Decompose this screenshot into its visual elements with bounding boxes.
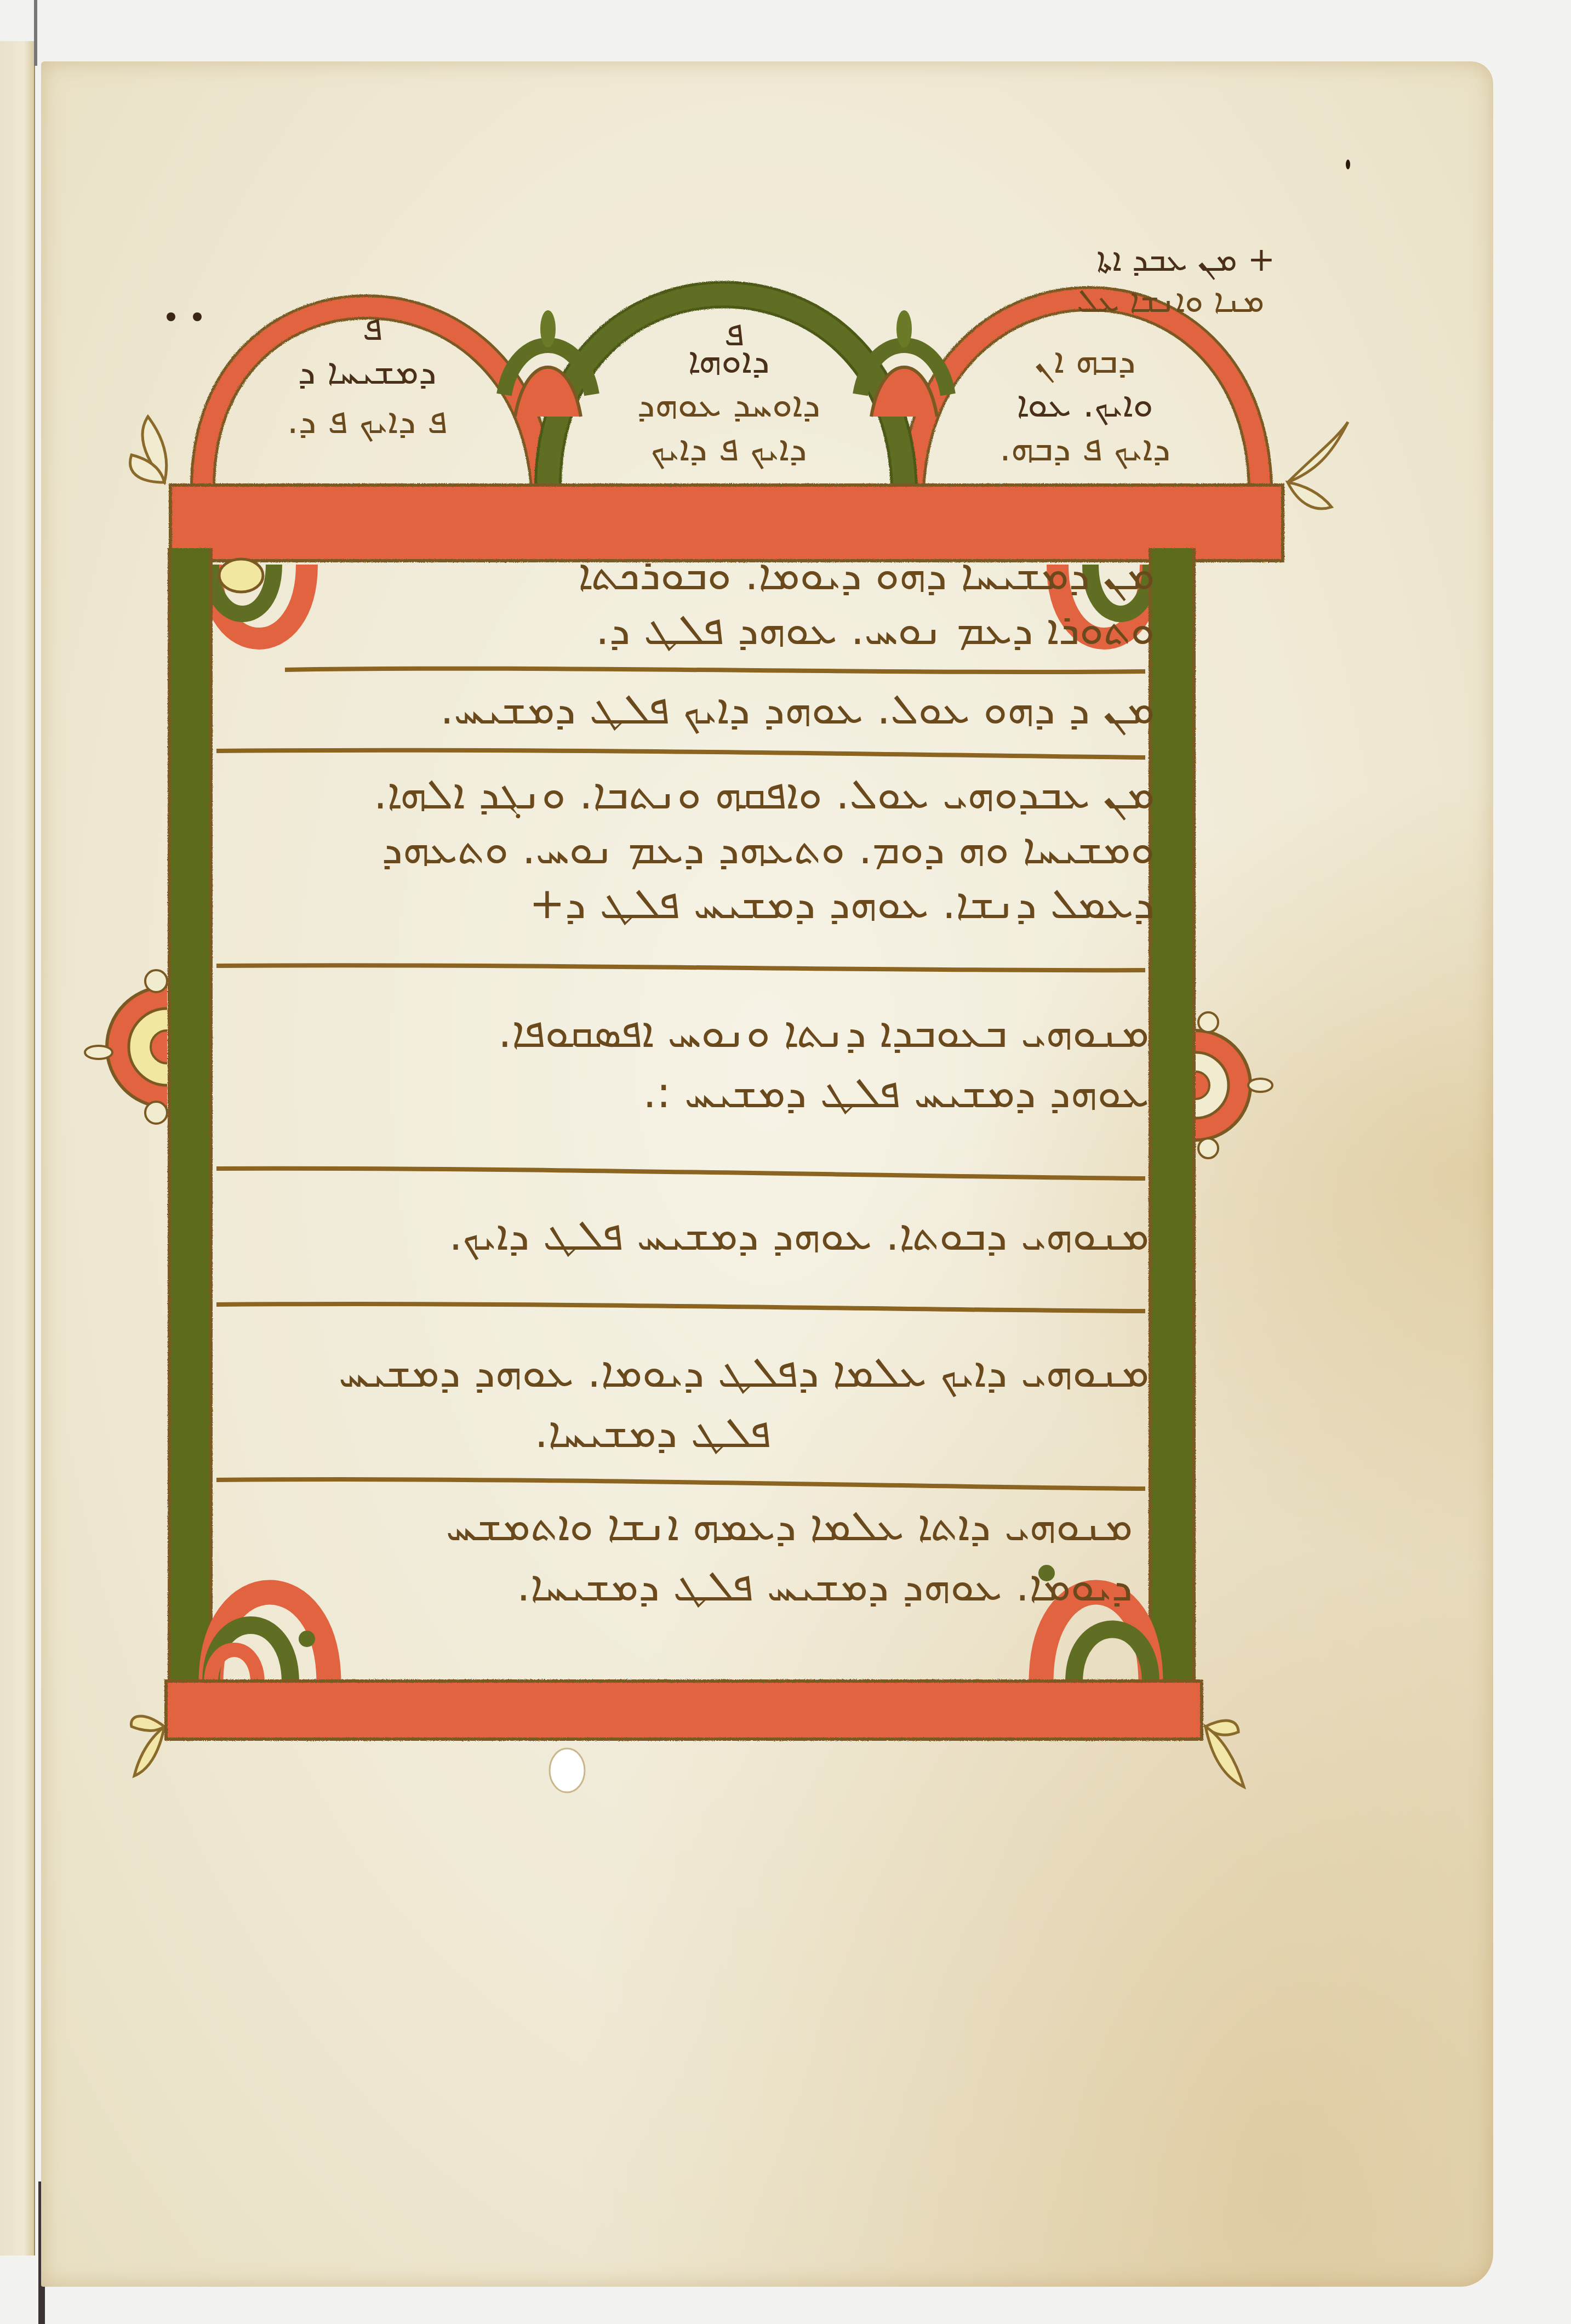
arch-right-line-2: ܘܐܝܟ. ܥܘܐ — [942, 384, 1227, 425]
row-6-line-1: ܡܢܘܗܝ ܕܐܝܟ ܥܠܡܐ ܕܦܠܛ ܕܝܘܡܐ. ܥܘܗܕ ܕܡܫܝܚ — [339, 1348, 1149, 1398]
row-1-line-1: ܡܢ ܕܡܫܝܚܐ ܕܗܘ ܕܝܘܡܐ. ܘܒܘܪܟܬܐ — [578, 551, 1155, 600]
leaf-finial-top-left — [130, 417, 167, 482]
roundel-left — [85, 970, 167, 1124]
left-column — [168, 548, 213, 1694]
corner-ornament-top-left — [211, 559, 307, 639]
spandrel-ornament-left — [504, 310, 592, 417]
arch-left-label: ܦ — [329, 307, 416, 349]
marginal-note-line-1: + ܡܢ ܥܒܕ ܐܬܐ — [1096, 241, 1275, 279]
row-4-line-2: ܥܘܗܕ ܕܡܫܝܚ ܦܠܛ ܕܡܫܝܚ :. — [643, 1069, 1149, 1118]
arch-center-line-2: ܕܐܘܚܕ ܥܘܗܕ — [581, 384, 877, 425]
row-3-line-3: ܕܥܡܠ ܕܢܫܐ. ܥܘܗܕ ܕܡܫܝܚ ܦܠܛ ܕ+ — [529, 880, 1155, 929]
right-column — [1149, 548, 1196, 1694]
leaf-finial-bottom-right — [1206, 1721, 1244, 1787]
arch-center-line-1: ܕܐܘܗܐ — [581, 340, 877, 381]
row-2-line-1: ܡܢ ܕ ܕܗܘ ܥܘܠ. ܥܘܗܕ ܕܐܝܟ ܦܠܛ ܕܡܫܝܚ. — [440, 685, 1155, 734]
row-5-line-1: ܡܢܘܗܝ ܕܒܘܬܐ. ܥܘܗܕ ܕܡܫܝܚ ܦܠܛ ܕܐܝܟ. — [449, 1211, 1149, 1261]
row-1-line-2: ܘܬܘܪܐ ܕܥܡ ܢܘܚ. ܥܘܗܕ ܦܠܛ ܕ. — [596, 606, 1155, 655]
roundel-right — [1196, 1012, 1272, 1158]
row-6-line-2: ܦܠܛ ܕܡܫܝܚܐ. — [534, 1409, 771, 1458]
corner-ornament-bottom-left — [211, 1592, 329, 1683]
arch-right-line-3: ܕܐܝܟ ܦ ܕܒܗ. — [942, 428, 1227, 469]
row-3-line-2: ܘܡܫܝܚܐ ܘܗ ܕܘܡ. ܘܬܥܗܕ ܕܥܡ ܢܘܚ. ܘܬܥܗܕ — [382, 825, 1155, 874]
punch-hole — [550, 1748, 585, 1792]
arch-right-line-1: ܕܒܗ ܐܢ — [942, 340, 1227, 381]
row-7-line-2: ܕܝܘܡܐ. ܥܘܗܕ ܕܡܫܝܚ ܦܠܛ ܕܡܫܝܚܐ. — [517, 1562, 1133, 1611]
arch-left-line-1: ܕܡܫܝܚܐ ܕ — [219, 351, 515, 392]
leaf-finial-bottom-left — [131, 1716, 164, 1776]
arch-center-line-3: ܕܐܝܟ ܦ ܕܐܝܟ — [581, 428, 877, 469]
bottom-band — [164, 1679, 1203, 1741]
row-4-line-1: ܡܢܘܗܝ ܒܥܘܒܕܐ ܕܢܬܐ ܘܢܘܚ ܐܦܣܩܘܦܐ. — [498, 1009, 1149, 1058]
marginal-note-line-2: ܡܢܐ ܘܐܢܫܐ ܥܠ — [1077, 282, 1264, 320]
row-3-line-1: ܡܢ ܥܒܕܘܗܝ ܥܘܠ. ܘܐܦܩܗ ܘܢܬܒܐ. ܘܢܓܕ ܐܠܗܐ. — [374, 770, 1155, 819]
arch-left-line-2: ܦ ܕܐܝܟ ܦ ܕ. — [219, 400, 515, 442]
leaf-finial-top-right — [1288, 422, 1348, 509]
row-7-line-1: ܡܢܘܗܝ ܕܐܬܐ ܥܠܡܐ ܕܥܡܗ ܐܢܫܐ ܘܐܬܡܫܚ — [446, 1502, 1133, 1551]
